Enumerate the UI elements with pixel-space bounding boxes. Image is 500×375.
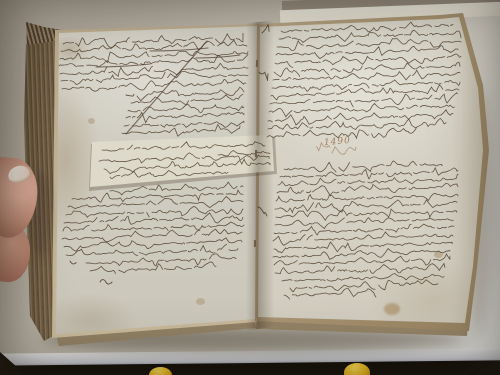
manuscript-photo: 1490 <box>0 0 500 375</box>
photo-vignette <box>0 0 500 375</box>
